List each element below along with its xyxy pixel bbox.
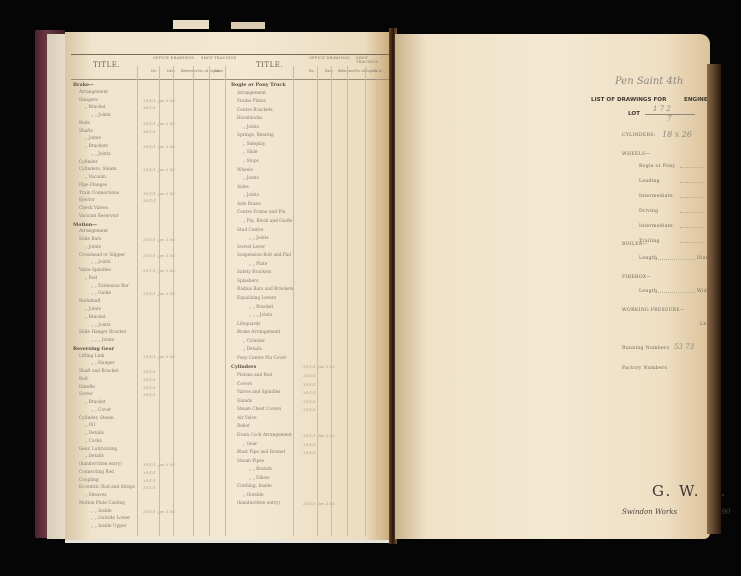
list-item: „ Cylinder (243, 339, 265, 344)
list-item: Clothing, Inside (237, 484, 272, 489)
drawing-number: 35/1/1 (143, 369, 156, 374)
list-item: „ Slide (243, 150, 258, 155)
list-item: (handwritten entry) (237, 501, 280, 506)
list-item: „ Joints (85, 245, 101, 250)
list-item: „ Bracket (85, 400, 106, 405)
drawing-number: 35/1/1 (303, 399, 316, 404)
page-edge (707, 64, 721, 534)
list-item: Lifeguards (237, 322, 260, 327)
list-item: Lifting Link (79, 354, 104, 359)
list-item: Stud Centre (237, 228, 263, 233)
list-item: Cylinders (231, 364, 256, 370)
list-item: Slide Hanger Bracket (79, 330, 126, 335)
firebox-label: FIREBOX— (622, 275, 651, 280)
drawing-number: 36/1/1 (143, 129, 156, 134)
drawing-number: 35/1/1 (143, 509, 156, 514)
shop-tracings-header-2: SHOP TRACINGS (356, 56, 389, 64)
drawing-number: 35/1/1 (303, 373, 316, 378)
drawing-number: 35/1/1 (143, 121, 156, 126)
list-item: Screw (79, 392, 93, 397)
drawing-number: 35/1/1 (303, 442, 316, 447)
list-item: Equalizing Levers (237, 296, 276, 301)
shop-tracings-header: SHOP TRACINGS (201, 56, 237, 60)
list-item: „ „ Bracket (249, 305, 273, 310)
drawing-date: Jan 3.06 (318, 433, 335, 438)
drawing-number: 35/1/1 (303, 501, 316, 506)
list-item: „ „ Extension Bar (91, 284, 129, 289)
running-numbers-value: 53 73 (674, 343, 694, 351)
list-item: „ Joints (243, 176, 259, 181)
list-item: Brake Arrangement (237, 330, 280, 335)
list-item: „ Sideplay (243, 142, 265, 147)
office-drawings-header: OFFICE DRAWINGS (153, 56, 194, 60)
list-item: Train Connections (79, 191, 119, 196)
drawing-number: 35/1/1 (143, 268, 156, 273)
lot-value-bottom: 7 (667, 115, 671, 123)
drawing-number: 35/1/1 (143, 377, 156, 382)
drawing-number: 35/1/1 (303, 433, 316, 438)
col-no: No. (151, 69, 157, 73)
drawing-number: 35/1/1 (143, 462, 156, 467)
wheels-label: WHEELS— (622, 152, 650, 157)
list-item: „ „ „ Joints (249, 313, 272, 318)
list-item: Relief (237, 424, 250, 429)
list-item: „ Cocks (85, 439, 102, 444)
list-item: „ Bracket (85, 315, 106, 320)
drawing-number: 35/1/1 (143, 291, 156, 296)
list-item: Rod (79, 377, 88, 382)
list-item: Hangers (79, 98, 98, 103)
list-item: Valve Spindles (79, 268, 111, 273)
drawing-number: 35/1/1 (143, 237, 156, 242)
list-item: „ „ Inside Upper (91, 524, 127, 529)
list-item: „ Gear (243, 442, 257, 447)
drawing-number: 35/1/1 (303, 382, 316, 387)
drawing-number: 35/1/1 (143, 385, 156, 390)
list-item: „ „ Guide (91, 291, 111, 296)
lot-value-top: 1 7 2 (653, 105, 671, 113)
drawing-number: 35/1/1 (143, 144, 156, 149)
list-item: „ „ Plate (249, 262, 267, 267)
col-date2: Date. (215, 69, 224, 73)
dotted-line (680, 224, 710, 228)
office-drawings-header-2: OFFICE DRAWINGS (309, 56, 350, 60)
list-item: „ „ Joints (91, 260, 111, 265)
list-item: Pistons and Rod (237, 373, 272, 378)
paper-tab (231, 22, 265, 29)
drawing-number: 35/1/1 (143, 198, 156, 203)
dotted-line (680, 209, 710, 213)
drawing-number: 35/1/1 (143, 98, 156, 103)
wheel-item: Leading (639, 179, 660, 184)
list-item: Springs, Bearing (237, 133, 274, 138)
list-item: Axle Boxes (237, 202, 261, 207)
list-item: Cylinders, Steam (79, 167, 116, 172)
list-item: Swivel Lever (237, 245, 265, 250)
col-no-2: No. (309, 69, 315, 73)
list-item: „ Outside (243, 493, 263, 498)
list-item: Glands (237, 399, 252, 404)
list-item: „ „ Outside Lower (91, 516, 130, 521)
working-pressure-label: WORKING PRESSURE— (622, 308, 685, 313)
list-item: „ Joints (85, 307, 101, 312)
list-item: „ Details (85, 454, 104, 459)
list-item: Shafts (79, 129, 93, 134)
dotted-line (680, 194, 710, 198)
list-item: Cylinder (79, 160, 98, 165)
list-item: Bogie or Pony Truck (231, 82, 286, 88)
list-item: Steam Chest Covers (237, 407, 281, 412)
left-page: TITLE. OFFICE DRAWINGS SHOP TRACINGS No.… (65, 32, 391, 543)
column-rule (377, 66, 378, 536)
list-item: Radius Bars and Brackets (237, 287, 293, 292)
handwritten-note: Pen Saint 4th (615, 76, 683, 87)
wheel-item: Driving (639, 209, 658, 214)
list-item: Brake— (73, 82, 94, 88)
list-title: LIST OF DRAWINGS FOR (591, 97, 666, 103)
column-rule (293, 66, 294, 536)
drawing-number: 35/1/1 (143, 485, 156, 490)
swindon-works: Swindon Works (622, 508, 677, 516)
drawing-number: 35/1/1 (303, 390, 316, 395)
list-item: Rods (79, 121, 90, 126)
list-item: Hornblocks (237, 116, 262, 121)
list-item: Motion— (73, 222, 97, 228)
cylinders-value: 18 x 26 (662, 130, 692, 139)
col-date2-2: Date. (374, 69, 383, 73)
list-item: Wheels (237, 168, 253, 173)
column-rule (331, 66, 332, 536)
list-item: „ „ Cover (91, 408, 111, 413)
dotted-line (655, 289, 695, 293)
list-item: „ „ Joints (91, 113, 111, 118)
column-rule (137, 66, 138, 536)
list-item: „ „ „ Joints (91, 338, 114, 343)
list-item: Rockshaft (79, 299, 101, 304)
list-item: Slide Bars (79, 237, 101, 242)
column-rule (225, 66, 226, 536)
dotted-line (680, 179, 710, 183)
list-item: Vacuum Reservoir (79, 214, 119, 219)
list-item: Shaft and Bracket (79, 369, 118, 374)
list-item: „ Joints (243, 193, 259, 198)
wheel-item: Intermediate (639, 194, 673, 199)
list-item: „ Details (85, 431, 104, 436)
boiler-label: BOILER— (622, 242, 648, 247)
list-item: Cylinder, Steam (79, 416, 114, 421)
list-item: Arrangement (79, 229, 108, 234)
drawing-number: 35/1/1 (143, 354, 156, 359)
drawing-date: Jan 3.06 (318, 364, 335, 369)
col-date: Date. (167, 69, 176, 73)
list-item: Axles (237, 185, 249, 190)
list-item: „ Pin, Block and Guide (243, 219, 292, 224)
wheel-item: Intermediate (639, 224, 673, 229)
column-rule (173, 66, 174, 536)
right-page: Pen Saint 4th LIST OF DRAWINGS FOR ENGIN… (395, 34, 710, 539)
col-reference: Reference (181, 69, 198, 73)
list-item: „ „ Branch (249, 467, 272, 472)
list-item: „ Joints (243, 125, 259, 130)
list-item: Pony Centre Pin Cover (237, 356, 286, 361)
dotted-line (680, 164, 710, 168)
list-item: „ „ Joints (91, 323, 111, 328)
drawing-date: Jan 3.06 (318, 501, 335, 506)
list-item: „ „ Joints (91, 152, 111, 157)
list-item: Frame Plates (237, 99, 266, 104)
list-item: Safety Brackets (237, 270, 271, 275)
list-item: Covers (237, 382, 252, 387)
list-item: Drain Cock Arrangement (237, 433, 292, 438)
list-item: Reversing Gear (73, 346, 114, 352)
factory-numbers-label: Factory Numbers (622, 366, 667, 371)
lot-label: LOT (628, 111, 640, 117)
table-header: TITLE. OFFICE DRAWINGS SHOP TRACINGS No.… (71, 54, 389, 80)
list-item: Arrangement (237, 91, 266, 96)
drawing-number: 35/1/1 (303, 450, 316, 455)
list-item: „ Bracket (85, 105, 106, 110)
list-item: „ Details (243, 347, 262, 352)
drawing-number: 36/1/1 (143, 105, 156, 110)
drawing-number: 35/1/1 (143, 392, 156, 397)
list-item: „ Vacuum (85, 175, 106, 180)
list-item: Steam Pipes (237, 459, 264, 464)
list-item: Motion Plate Casting (79, 501, 125, 506)
list-item: Splashers (237, 279, 258, 284)
dotted-line (680, 239, 710, 243)
list-item: „ Brackets (85, 144, 108, 149)
col-date-2: Date. (325, 69, 334, 73)
drawing-number: 35/1/1 (303, 364, 316, 369)
list-item: „ Stops (243, 159, 259, 164)
list-item: Gear, Lubricating (79, 447, 117, 452)
cylinders-label: CYLINDERS: (622, 133, 656, 138)
list-item: „ „ Joints (249, 236, 269, 241)
list-item: „ Sheaves (85, 493, 107, 498)
drawing-number: 35/1/1 (143, 167, 156, 172)
list-item: „ „ Elbow (249, 476, 270, 481)
wheel-item: Bogie or Pony (639, 164, 675, 169)
list-item: Pipe Flanges (79, 183, 107, 188)
list-item: Coupling (79, 478, 99, 483)
column-rule (159, 66, 160, 536)
drawing-number: 35/1/1 (143, 470, 156, 475)
column-rule (347, 66, 348, 536)
list-item: „ Rod (85, 276, 97, 281)
dotted-line (655, 256, 695, 260)
column-rule (317, 66, 318, 536)
list-item: „ „ Hanger (91, 361, 115, 366)
column-rule (365, 66, 366, 536)
list-item: (handwritten entry) (79, 462, 122, 467)
ledger-book: TITLE. OFFICE DRAWINGS SHOP TRACINGS No.… (33, 24, 721, 549)
drawing-number: 35/1/1 (303, 407, 316, 412)
paper-tab (173, 20, 209, 29)
column-rule (193, 66, 194, 536)
list-item: „ „ Inside (91, 509, 112, 514)
list-item: Eccentric Rod and Straps (79, 485, 135, 490)
column-rule (209, 66, 210, 536)
list-item: „ Joints (85, 136, 101, 141)
drawing-number: 35/1/1 (143, 191, 156, 196)
running-numbers-label: Running Numbers (622, 346, 669, 351)
title-header-right: TITLE. (256, 61, 283, 69)
list-item: Arrangement (79, 90, 108, 95)
list-item: Centre Brackets (237, 108, 273, 113)
list-item: Air Valve (237, 416, 257, 421)
list-item: Suspension Bolt and Pad (237, 253, 291, 258)
list-item: Centre Frame and Pin (237, 210, 285, 215)
drawing-number: 35/1/1 (143, 478, 156, 483)
list-item: Check Valves (79, 206, 108, 211)
list-item: Ejector (79, 198, 95, 203)
list-item: Crosshead or Slipper (79, 253, 125, 258)
list-item: Valves and Spindles (237, 390, 280, 395)
list-item: Connecting Rod (79, 470, 114, 475)
list-item: „ Oil (85, 423, 95, 428)
drawing-number: 35/1/1 (143, 253, 156, 258)
list-item: Blast Pipe and Bonnet (237, 450, 285, 455)
list-item: Handle (79, 385, 95, 390)
title-header-left: TITLE. (93, 61, 120, 69)
